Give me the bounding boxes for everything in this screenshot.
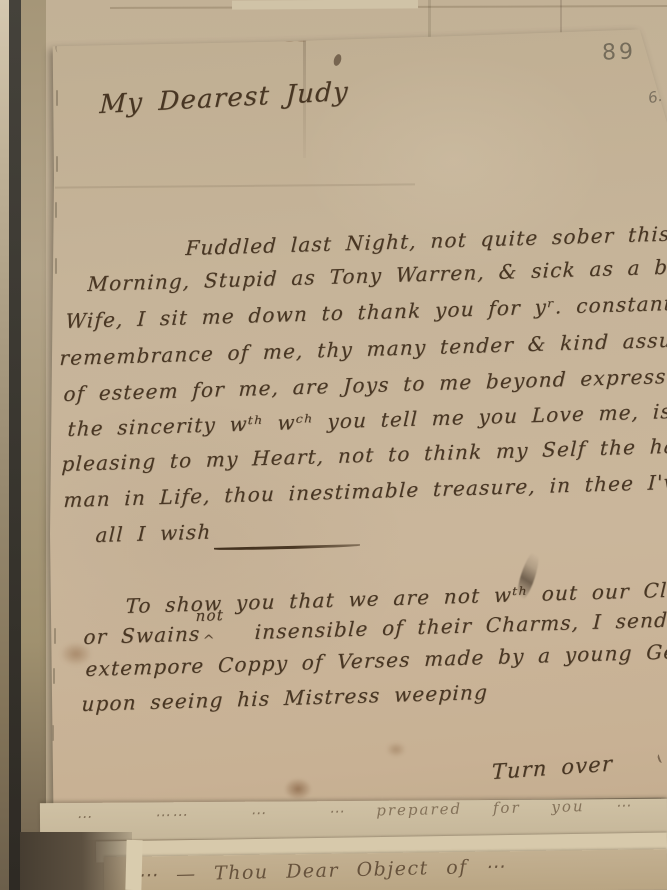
margin-tick	[56, 90, 58, 106]
under-sheet-text-fragment: ⋯ ⋯⋯ ⋯ ⋯ prepared for you ⋯	[76, 799, 633, 826]
letter-line: upon seeing his Mistress weeping	[81, 680, 489, 716]
margin-tick	[52, 725, 54, 741]
margin-tick	[53, 668, 55, 684]
inserted-word: not	[195, 606, 224, 625]
manuscript-photo: 89 My Dearest Judy Fuddled last Night, n…	[0, 0, 667, 890]
page-edge-sliver	[125, 840, 142, 890]
letter-line: remembrance of me, thy many tender & kin…	[59, 326, 667, 370]
margin-tick	[55, 202, 57, 218]
letter-line: Fuddled last Night, not quite sober this	[185, 222, 667, 260]
letter-line: of esteem for me, are Joys to me beyond …	[63, 363, 667, 406]
paper-crease	[55, 183, 415, 188]
letter-line: man in Life, thou inestimable treasure, …	[63, 469, 667, 512]
ink-stain	[332, 53, 342, 67]
letter-line: Morning, Stupid as Tony Warren, & sick a…	[87, 252, 667, 296]
letter-page-wrap: 89 My Dearest Judy Fuddled last Night, n…	[0, 0, 667, 890]
under-sheet-bottom: ⋯ — Thou Dear Object of ⋯	[104, 849, 667, 890]
foxing-spot	[284, 778, 312, 800]
foxing-spot	[386, 742, 406, 757]
margin-tick	[56, 156, 58, 172]
letter-line: all I wish	[95, 520, 212, 547]
ink-stain	[256, 29, 330, 42]
letter-line: Wife, I sit me down to thank you for yʳ.…	[65, 291, 667, 333]
letter-page: 89 My Dearest Judy Fuddled last Night, n…	[0, 0, 667, 890]
margin-tick	[55, 258, 57, 274]
salutation-line: My Dearest Judy	[99, 77, 349, 120]
insertion-caret: ^	[202, 633, 216, 649]
flourish-dash	[214, 544, 360, 551]
pencil-mark	[54, 35, 67, 54]
under-sheet-text-fragment: ⋯ — Thou Dear Object of ⋯	[138, 855, 506, 886]
corner-shadow	[20, 832, 132, 890]
letter-line: the sincerity wᵗʰ wᶜʰ you tell me you Lo…	[67, 398, 667, 441]
folio-number: 89	[602, 39, 637, 65]
closing-line: Turn over	[492, 752, 614, 785]
margin-tick	[54, 628, 56, 644]
